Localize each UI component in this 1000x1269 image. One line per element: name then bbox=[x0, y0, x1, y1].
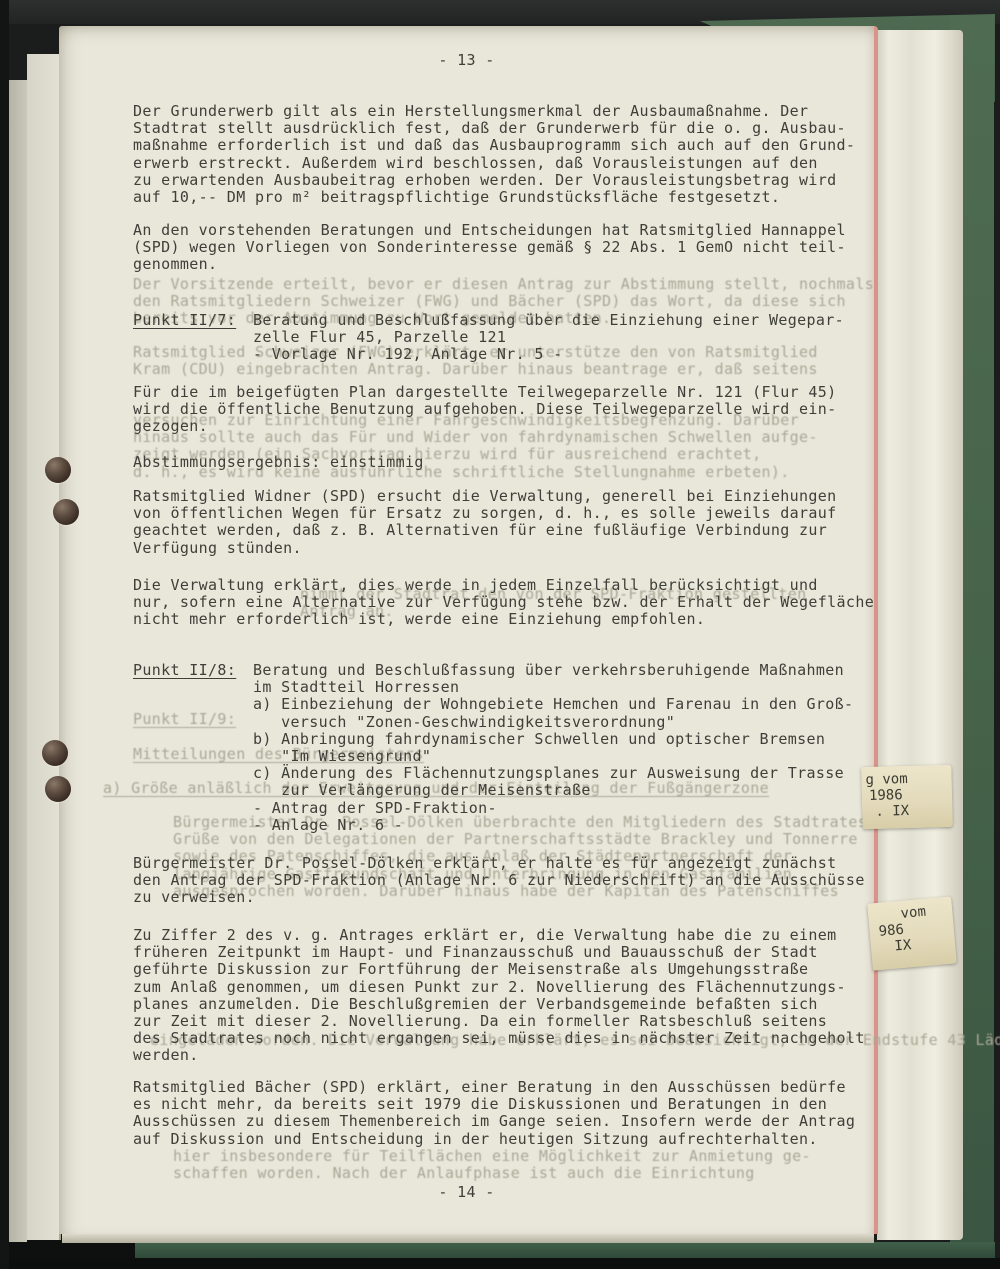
binding-shadow bbox=[0, 0, 9, 1269]
paragraph-teilwegeparzelle: Für die im beigefügten Plan dargestellte… bbox=[133, 384, 837, 436]
bleedthrough-heading: Punkt II/9: bbox=[133, 711, 236, 728]
agenda-item-II7-title: Beratung und Beschlußfassung über die Ei… bbox=[253, 312, 844, 364]
agenda-item-II8-title: Beratung und Beschlußfassung über verkeh… bbox=[253, 662, 853, 834]
paragraph-ziffer2: Zu Ziffer 2 des v. g. Antrages erklärt e… bbox=[133, 927, 865, 1065]
page-number-top: - 13 - bbox=[59, 52, 874, 69]
page-stack-edge-outer bbox=[9, 80, 27, 1242]
bleedthrough-line: hier insbesondere für Teilflächen eine M… bbox=[173, 1148, 811, 1182]
next-page-edge bbox=[877, 30, 963, 1240]
paragraph-grunderwerb: Der Grunderwerb gilt als ein Herstellung… bbox=[133, 103, 855, 206]
agenda-item-II7-label: Punkt II/7: bbox=[133, 312, 236, 329]
agenda-item-II8-label: Punkt II/8: bbox=[133, 662, 236, 679]
paragraph-sonderinteresse: An den vorstehenden Beratungen und Entsc… bbox=[133, 222, 846, 274]
vote-result: Abstimmungsergebnis: einstimmig bbox=[133, 454, 424, 471]
page-stack-edge-inner bbox=[27, 54, 61, 1240]
index-tab-1: g vom 1986 . IX bbox=[861, 765, 953, 829]
document-page: Der Vorsitzende erteilt, bevor er diesen… bbox=[59, 26, 878, 1234]
paragraph-widner: Ratsmitglied Widner (SPD) ersucht die Ve… bbox=[133, 488, 837, 557]
punch-hole bbox=[45, 457, 71, 483]
index-tab-2: vom 986 IX bbox=[867, 896, 957, 970]
background-bottom-band bbox=[0, 1258, 1000, 1269]
punch-hole bbox=[45, 776, 71, 802]
book-scan: Der Vorsitzende erteilt, bevor er diesen… bbox=[0, 0, 1000, 1269]
paragraph-buergermeister: Bürgermeister Dr. Possel-Dölken erklärt,… bbox=[133, 855, 865, 907]
page-number-bottom: - 14 - bbox=[59, 1184, 874, 1201]
page-bottom-edge bbox=[62, 1234, 874, 1243]
paragraph-baecher: Ratsmitglied Bächer (SPD) erklärt, einer… bbox=[133, 1079, 855, 1148]
index-tab-1-line3: . IX bbox=[862, 802, 952, 820]
punch-hole bbox=[42, 740, 68, 766]
punch-hole bbox=[53, 499, 79, 525]
paragraph-verwaltung: Die Verwaltung erklärt, dies werde in je… bbox=[133, 577, 874, 629]
